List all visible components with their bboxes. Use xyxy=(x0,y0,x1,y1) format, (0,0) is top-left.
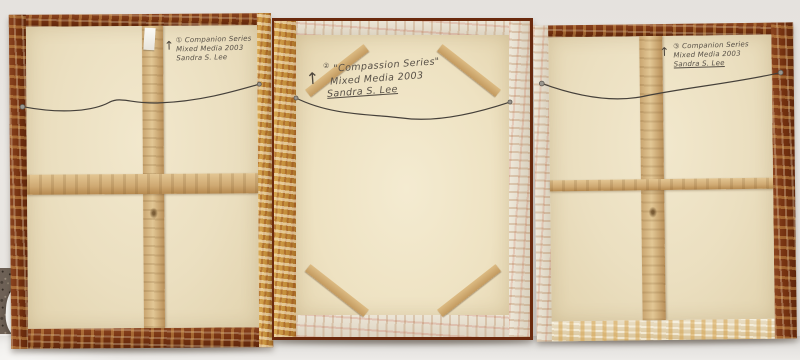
canvas-3: ↑ ③ Companion Series Mixed Media 2003 Sa… xyxy=(533,22,797,341)
circled-number: ③ xyxy=(673,42,680,50)
up-arrow-mark: ↑ xyxy=(164,38,175,52)
circled-number: ① xyxy=(176,36,183,44)
canvas-2: ↑ ② "Compassion Series" Mixed Media 2003… xyxy=(272,18,533,340)
photograph-canvas-backs: ↑ ① Companion Series Mixed Media 2003 Sa… xyxy=(0,0,800,360)
canvas-1: ↑ ① Companion Series Mixed Media 2003 Sa… xyxy=(9,13,273,349)
canvas-2-inscription: ↑ ② "Compassion Series" Mixed Media 2003… xyxy=(323,54,442,101)
up-arrow-mark: ↑ xyxy=(659,45,670,59)
canvas-3-inscription: ↑ ③ Companion Series Mixed Media 2003 Sa… xyxy=(673,40,749,70)
up-arrow-mark: ↑ xyxy=(305,68,320,88)
circled-number: ② xyxy=(323,62,330,70)
canvas-1-inscription: ↑ ① Companion Series Mixed Media 2003 Sa… xyxy=(176,35,252,64)
canvas-3-hanging-wire xyxy=(533,22,797,341)
canvas-1-hanging-wire xyxy=(9,13,273,349)
